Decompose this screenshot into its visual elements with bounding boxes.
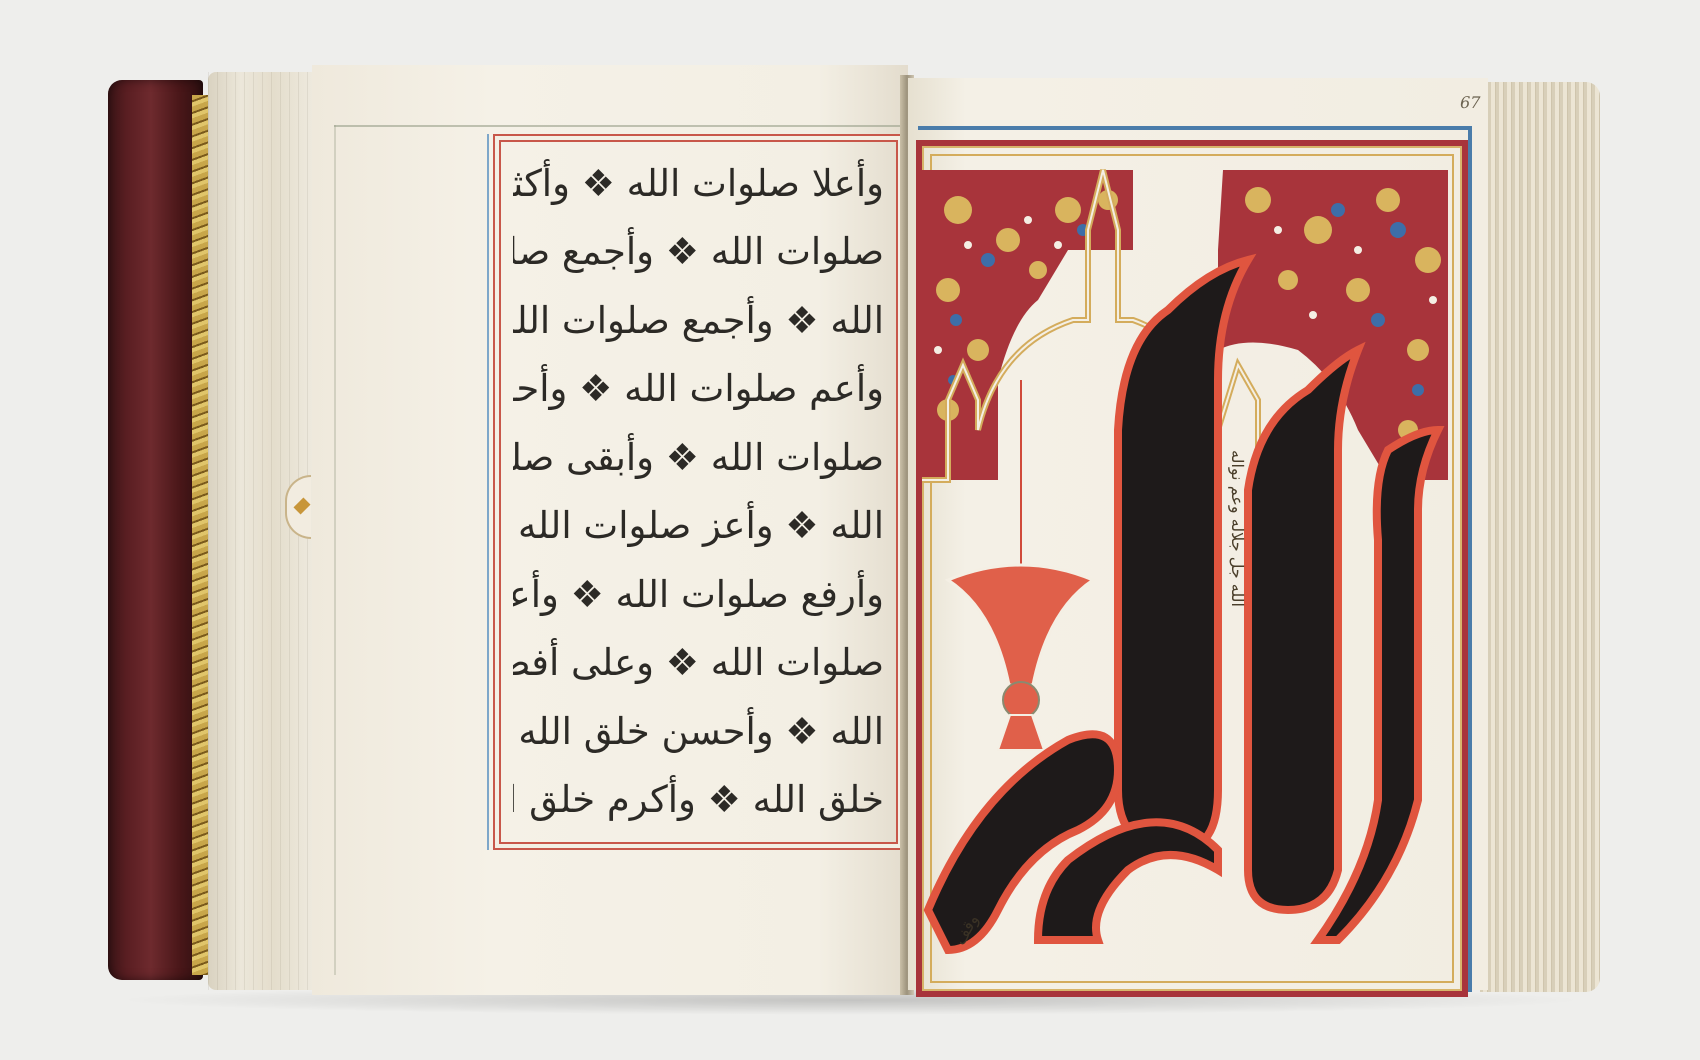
text-line: الله ❖ وأجمع صلوات الله ❖	[513, 293, 884, 349]
text-line: الله ❖ وأعز صلوات الله ❖	[513, 498, 884, 554]
text-line: صلوات الله ❖ وأبقى صلوات	[513, 430, 884, 486]
blue-rule	[487, 134, 489, 850]
folio-number: 67	[1458, 93, 1482, 112]
marginal-note: الله جل جلاله وعم نواله	[1228, 450, 1247, 607]
manuscript-photo: وأعلا صلوات الله ❖ وأكثر صلوات الله ❖ وأ…	[0, 0, 1700, 1060]
text-line: وأعم صلوات الله ❖ وأحوم	[513, 361, 884, 417]
illuminated-allah-panel	[918, 150, 1458, 980]
text-line: وأرفع صلوات الله ❖ وأعظم	[513, 567, 884, 623]
text-line: صلوات الله ❖ وعلى أفضل خلق	[513, 635, 884, 691]
top-rule	[334, 125, 904, 127]
right-page-stack	[1480, 82, 1600, 992]
arabesque-spandrel-left-icon	[922, 170, 1133, 480]
left-page: وأعلا صلوات الله ❖ وأكثر صلوات الله ❖ وأ…	[312, 65, 908, 995]
margin-rule	[334, 125, 336, 975]
text-block: وأعلا صلوات الله ❖ وأكثر صلوات الله ❖ وأ…	[513, 156, 884, 828]
text-line: خلق الله ❖ وأكرم خلق الله ❖	[513, 772, 884, 828]
text-line: الله ❖ وأحسن خلق الله ❖ وأجل	[513, 704, 884, 760]
text-frame: وأعلا صلوات الله ❖ وأكثر صلوات الله ❖ وأ…	[499, 140, 898, 844]
text-line: وأعلا صلوات الله ❖ وأكثر	[513, 156, 884, 212]
text-line: صلوات الله ❖ وأجمع صلوات	[513, 224, 884, 280]
leather-binding	[108, 80, 203, 980]
